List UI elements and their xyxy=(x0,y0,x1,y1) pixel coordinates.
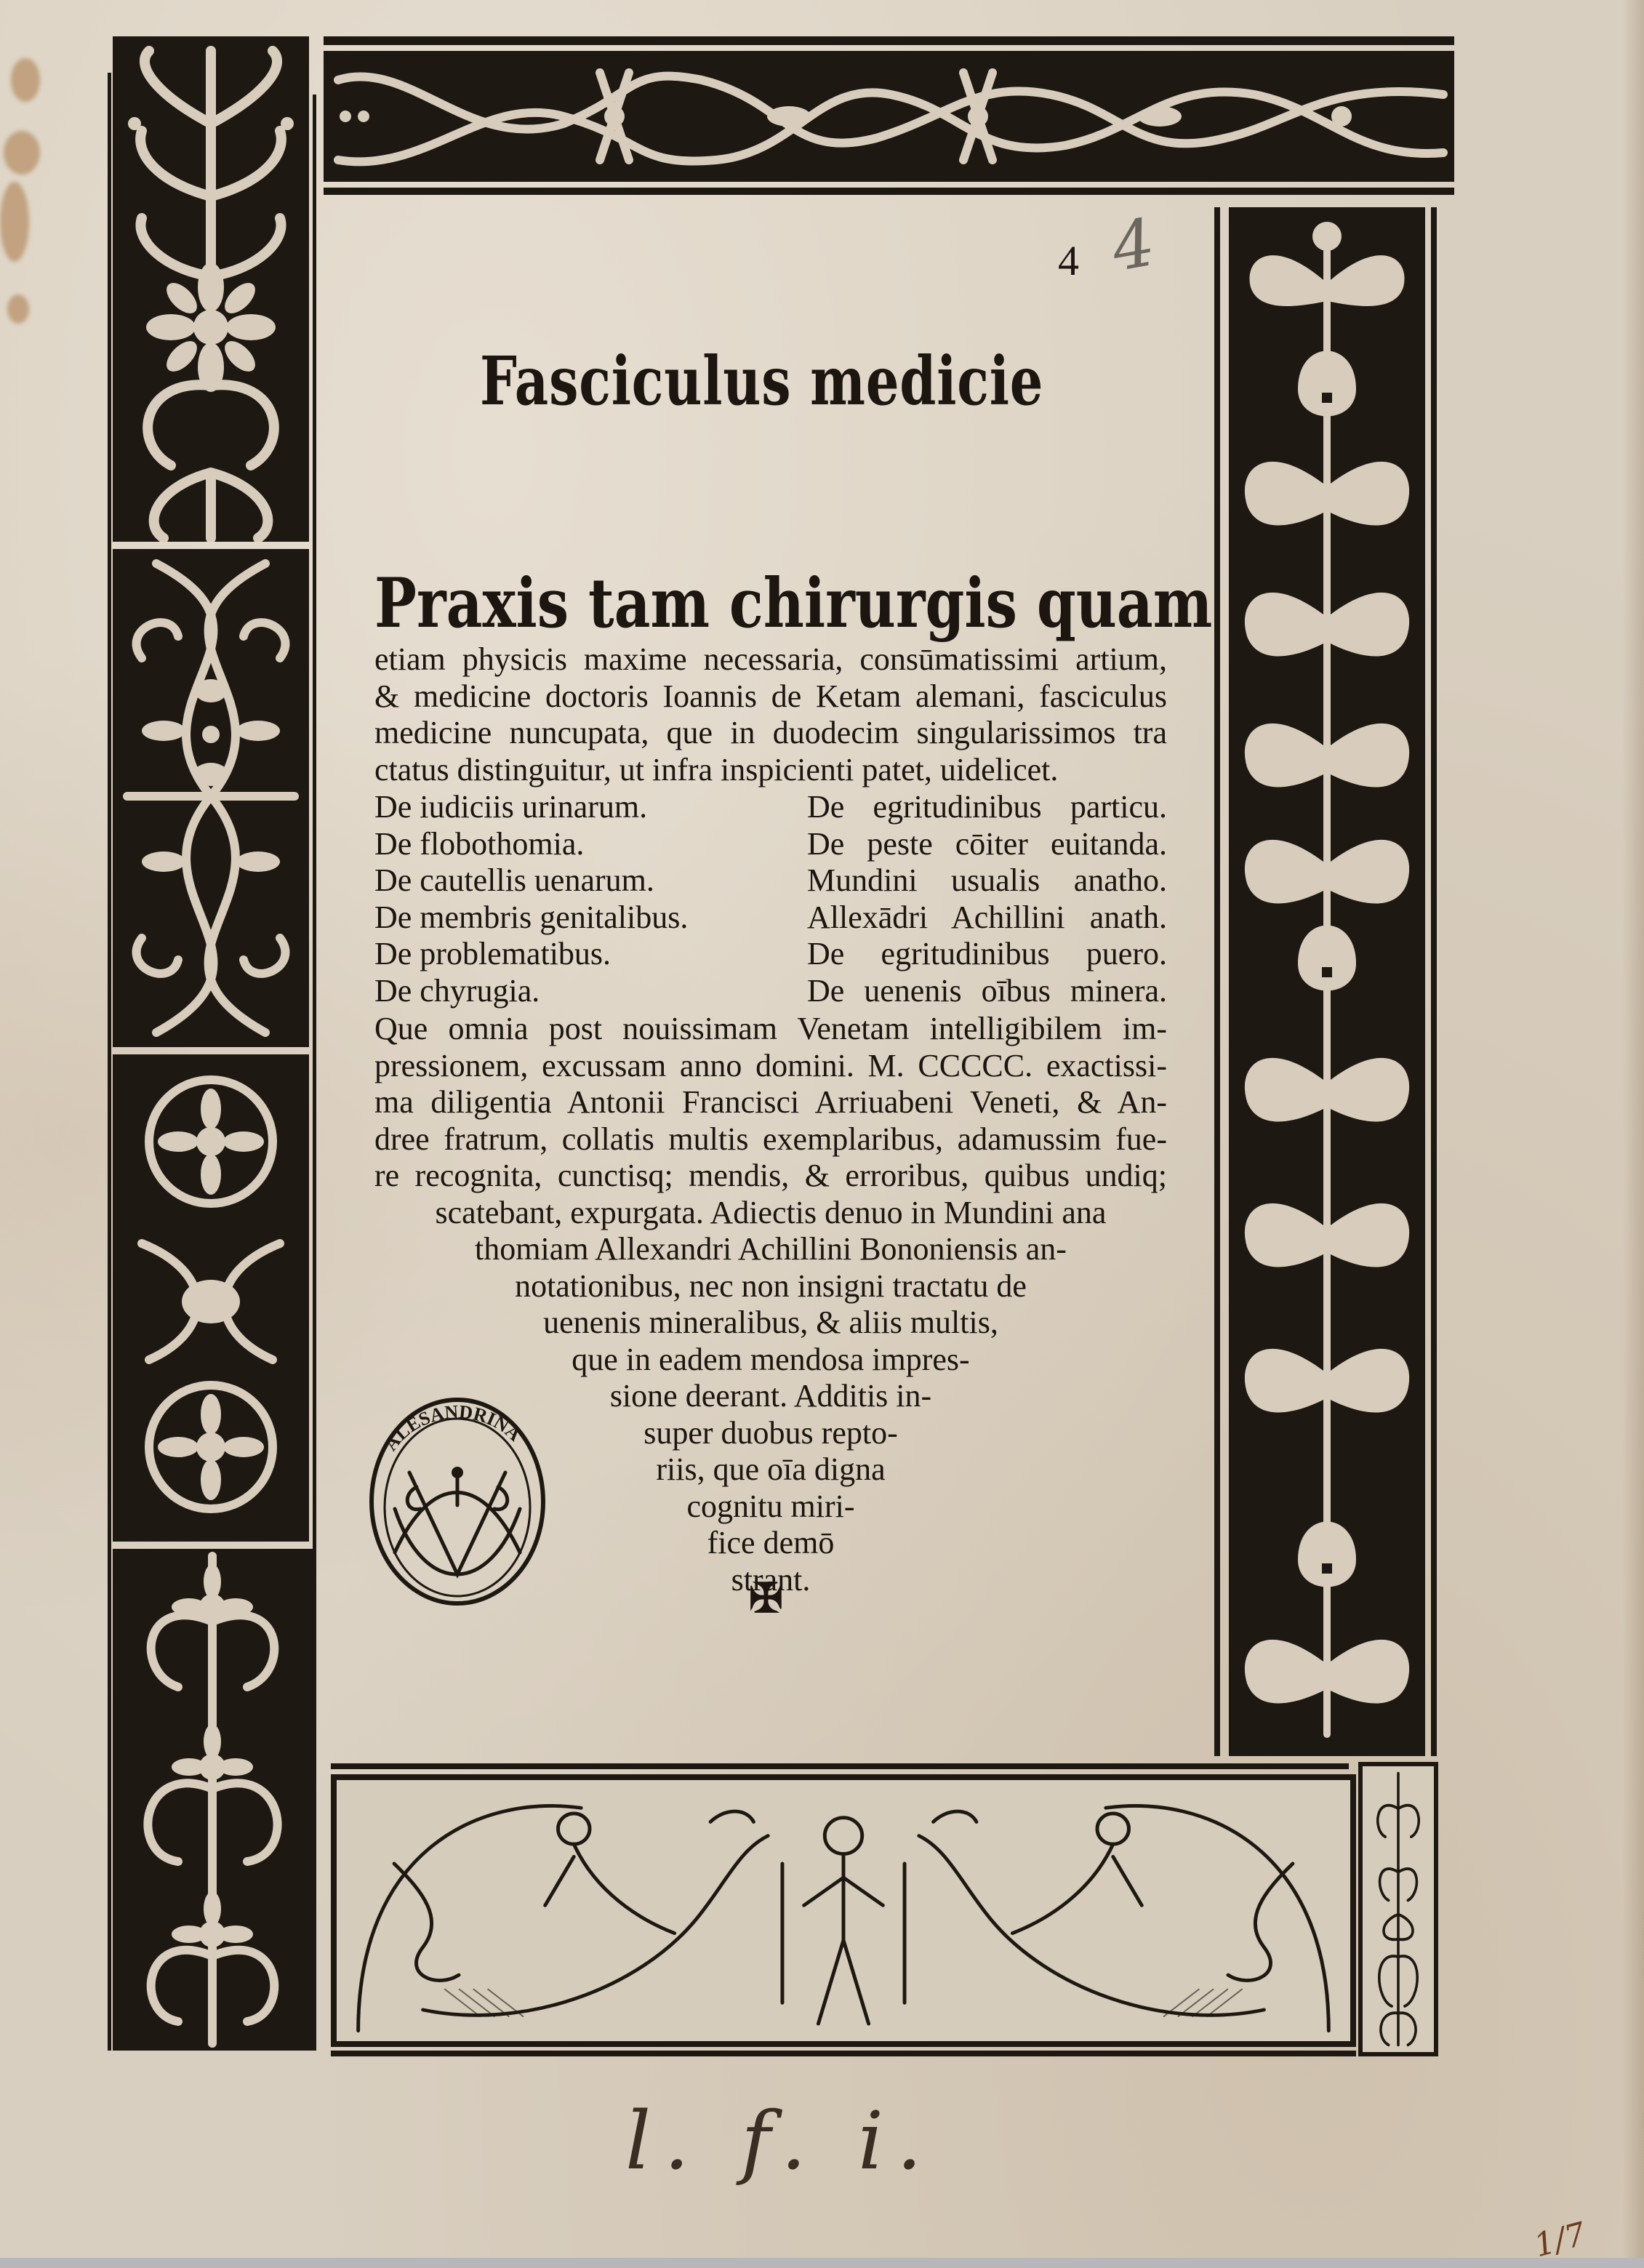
ornament-frieze-bottom xyxy=(331,1774,1356,2047)
contents-row: De membris genitalibus. Allexādri Achill… xyxy=(374,899,1167,937)
border-rule xyxy=(1431,207,1437,1756)
border-rule xyxy=(108,73,111,2051)
monogram-icon xyxy=(395,1469,520,1574)
foxing-stain xyxy=(7,294,29,324)
scan-background-strip xyxy=(0,2258,1644,2268)
handwritten-signature: l. f. i. xyxy=(625,2094,935,2187)
colophon-line: scatebant, expurgata. Adiectis denuo in … xyxy=(374,1195,1167,1232)
contents-item-left: De cautellis uenarum. xyxy=(374,862,807,899)
page-edge-shadow xyxy=(1622,0,1644,2268)
rosette-scroll-icon xyxy=(113,1054,309,1542)
colophon-line: thomiam Allexandri Achillini Bononiensis… xyxy=(374,1231,1167,1268)
contents-item-right: De peste cōiter euitanda. xyxy=(807,826,1167,863)
border-rule xyxy=(1214,207,1220,1756)
foxing-stain xyxy=(11,58,40,102)
border-rule xyxy=(313,95,316,2051)
contents-row: De flobothomia. De peste cōiter euitanda… xyxy=(374,826,1167,863)
contents-item-left: De chyrugia. xyxy=(374,973,807,1010)
border-rule xyxy=(324,36,1454,45)
scroll-vine-band-icon xyxy=(324,51,1454,182)
ornament-panel-top xyxy=(324,51,1454,182)
ornament-panel-left-2 xyxy=(113,549,309,1047)
contents-item-right: De egritudinibus puero. xyxy=(807,936,1167,973)
rosette-vine-icon xyxy=(113,1549,313,2051)
border-rule xyxy=(331,2051,1356,2056)
ornament-panel-bottom-right xyxy=(1358,1762,1438,2056)
border-rule xyxy=(324,188,1454,195)
intro-line: etiam physicis maxime necessaria, consūm… xyxy=(374,641,1167,678)
small-vine-icon xyxy=(1363,1766,1434,2052)
cross-end-mark-icon: ✠ xyxy=(749,1574,783,1622)
contents-item-left: De problematibus. xyxy=(374,936,807,973)
foxing-stain xyxy=(4,131,40,175)
folio-number: 4 xyxy=(1058,236,1079,285)
contents-row: De chyrugia. De uenenis oībus minera. xyxy=(374,973,1167,1010)
colophon-line: notationibus, nec non insigni tractatu d… xyxy=(374,1268,1167,1305)
intro-line: ctatus distinguitur, ut infra inspicient… xyxy=(374,752,1167,789)
ornament-panel-left-1 xyxy=(113,36,309,542)
colophon-line: dree fratrum, collatis multis exemplarib… xyxy=(374,1121,1167,1158)
colophon-line: ma diligentia Antonii Francisci Arriuabe… xyxy=(374,1084,1167,1121)
contents-item-left: De membris genitalibus. xyxy=(374,899,807,937)
interlace-scroll-icon xyxy=(113,549,309,1047)
foxing-stain xyxy=(0,182,29,262)
acanthus-rosette-icon xyxy=(113,36,309,542)
candelabra-leaf-icon xyxy=(1229,207,1425,1756)
book-title: Fasciculus medicie xyxy=(480,342,1043,420)
work-heading: Praxis tam chirurgis quam xyxy=(374,564,1212,644)
stamp-text: ALESANDRINA xyxy=(380,1401,526,1455)
putti-tritons-frieze-icon xyxy=(337,1780,1350,2041)
contents-item-right: De uenenis oībus minera. xyxy=(807,973,1167,1010)
contents-item-right: Mundini usualis anatho. xyxy=(807,862,1167,899)
colophon-line: pressionem, excussam anno domini. M. CCC… xyxy=(374,1048,1167,1085)
colophon-line: que in eadem mendosa impres- xyxy=(374,1342,1167,1379)
intro-line: & medicine doctoris Ioannis de Ketam ale… xyxy=(374,678,1167,716)
contents-row: De cautellis uenarum. Mundini usualis an… xyxy=(374,862,1167,899)
intro-line: medicine nuncupata, que in duodecim sing… xyxy=(374,715,1167,752)
table-of-contents: De iudiciis urinarum. De egritudinibus p… xyxy=(374,789,1167,1009)
contents-item-left: De flobothomia. xyxy=(374,826,807,863)
contents-item-left: De iudiciis urinarum. xyxy=(374,789,807,826)
contents-item-right: Allexādri Achillini anath. xyxy=(807,899,1167,937)
ornament-panel-left-3 xyxy=(113,1054,309,1542)
library-stamp: ALESANDRINA xyxy=(366,1385,549,1608)
handwritten-folio-number: 4 xyxy=(1106,204,1160,286)
colophon-line: re recognita, cunctisq; mendis, & errori… xyxy=(374,1158,1167,1195)
contents-row: De problematibus. De egritudinibus puero… xyxy=(374,936,1167,973)
colophon-line: uenenis mineralibus, & aliis multis, xyxy=(374,1305,1167,1342)
intro-paragraph: etiam physicis maxime necessaria, consūm… xyxy=(374,641,1167,788)
colophon-line: Que omnia post nouissimam Venetam intell… xyxy=(374,1011,1167,1048)
contents-row: De iudiciis urinarum. De egritudinibus p… xyxy=(374,789,1167,826)
ornament-panel-right xyxy=(1229,207,1425,1756)
border-rule xyxy=(331,1763,1349,1769)
ornament-panel-left-4 xyxy=(113,1549,313,2051)
contents-item-right: De egritudinibus particu. xyxy=(807,789,1167,826)
